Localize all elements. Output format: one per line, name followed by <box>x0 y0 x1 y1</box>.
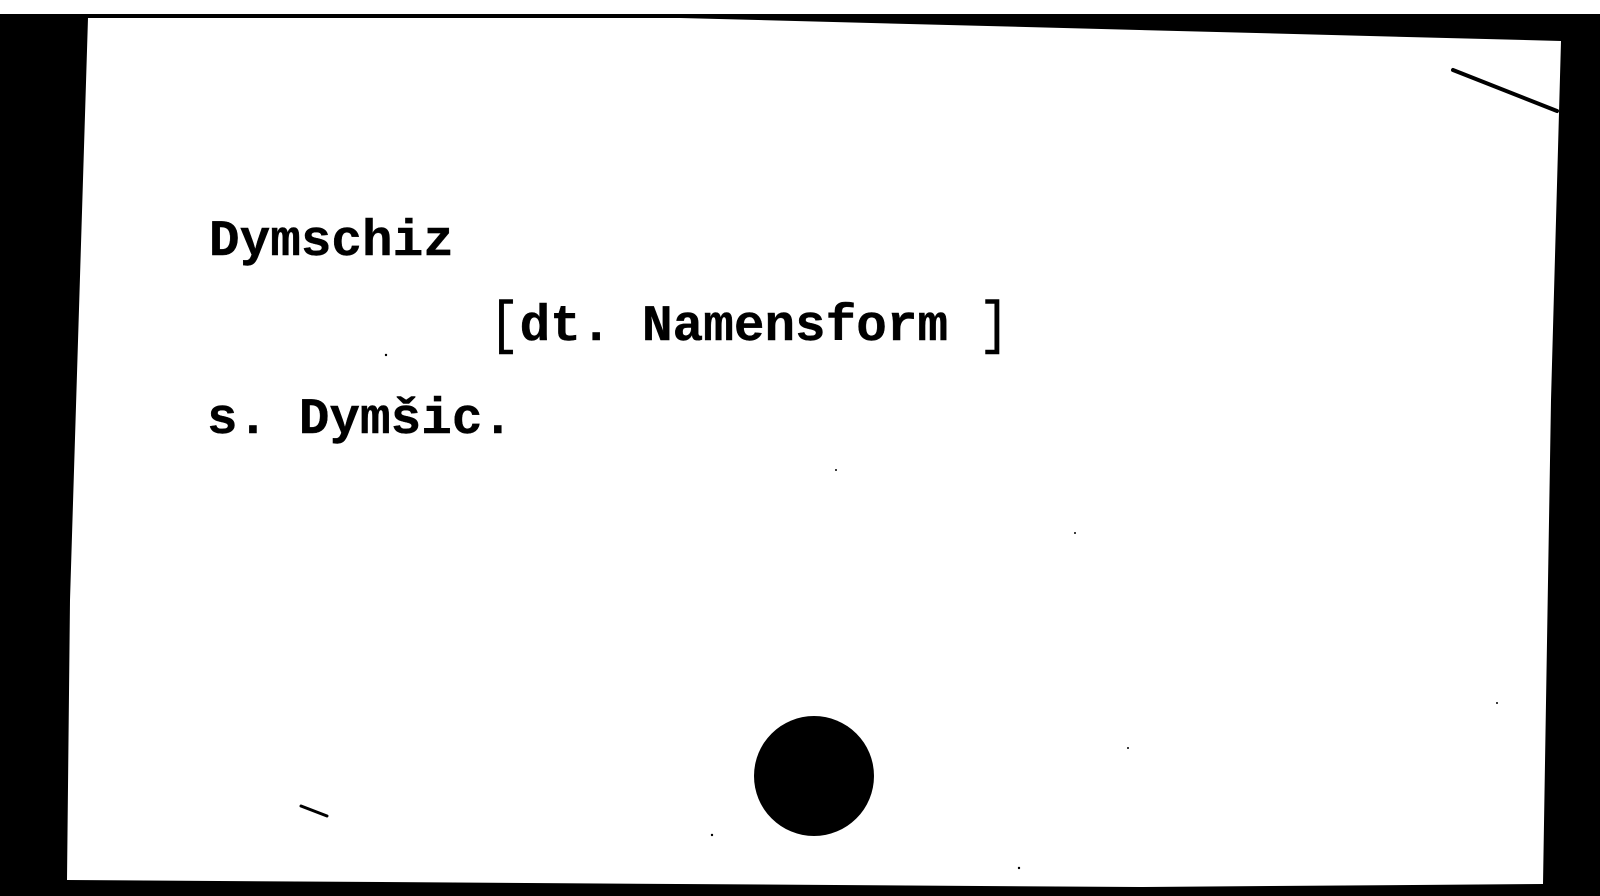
speck <box>1018 867 1020 869</box>
speck <box>835 469 837 471</box>
speck <box>1074 532 1076 534</box>
see-reference: s. Dymšic. <box>207 395 513 446</box>
speck <box>711 834 713 836</box>
speck <box>1127 747 1129 749</box>
open-bracket: [ <box>489 298 520 357</box>
name-form-note: [dt. Namensform ] <box>489 302 1009 353</box>
close-bracket: ] <box>979 298 1010 357</box>
note-text: dt. Namensform <box>520 299 948 356</box>
speck <box>385 354 387 356</box>
speck <box>1496 702 1498 704</box>
card-heading: Dymschiz <box>209 217 454 268</box>
punch-hole <box>754 716 874 836</box>
